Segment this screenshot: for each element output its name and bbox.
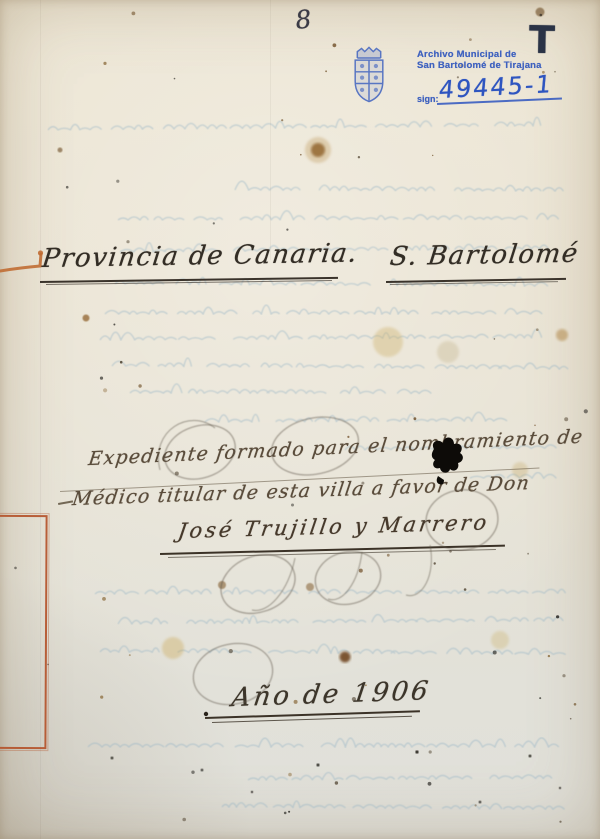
title-line-1: Expediente formado para el nombramiento … bbox=[87, 426, 585, 471]
red-margin-box bbox=[0, 515, 48, 749]
title-line-3: José Trujillo y Marrero bbox=[176, 510, 491, 543]
title-line-2: Médico titular de esta villa a favor de … bbox=[71, 472, 532, 510]
paper-crease bbox=[270, 0, 271, 260]
stamp-crest-icon bbox=[352, 46, 386, 104]
stamp-sign-label: sign: bbox=[417, 94, 439, 104]
page-number: 8 bbox=[294, 4, 313, 35]
scanned-document-page: 8 Archivo Municipal de San Bartolomé de … bbox=[0, 0, 600, 839]
year-line: Año de 1906 bbox=[230, 676, 433, 713]
province-heading: Provincia de Canaria. bbox=[40, 238, 360, 274]
municipality-heading: S. Bartolomé bbox=[388, 239, 580, 272]
corner-t-mark: T bbox=[529, 18, 556, 62]
